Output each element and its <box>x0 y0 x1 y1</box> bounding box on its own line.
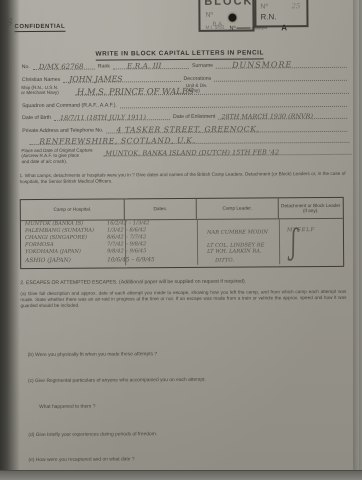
squadron-field <box>120 98 347 109</box>
camps-table-header: Camp or Hospital. Dates. Camp Leader. De… <box>21 198 343 221</box>
sorting-letter: A <box>281 23 287 32</box>
confidential-stamp: CONFIDENTIAL <box>14 24 65 32</box>
section1-question: 1. What camps, detachments or hospitals … <box>20 171 346 186</box>
address-value-line2: RENFREWSHIRE, SCOTLAND, U.K. <box>39 136 195 146</box>
form-row-number-rank-surname: No. D/MX 62768 Rank E.R.A. III Surname D… <box>21 59 349 70</box>
enlistment-value: 28TH MARCH 1930 (RNVR) <box>221 112 313 121</box>
camp-cell: FORMOSA <box>25 242 54 248</box>
section2-question-d: (d) Give briefly your experiences during… <box>28 432 157 438</box>
section2-question-b: (b) Were you physically fit when you mad… <box>28 352 157 358</box>
header-dates: Dates. <box>125 199 197 220</box>
address-field-line2: RENFREWSHIRE, SCOTLAND, U.K. <box>29 133 349 145</box>
paper-right-edge <box>353 0 362 480</box>
book-binding-edge <box>0 0 20 480</box>
mi-form-label: M.I. 9/50. <box>206 26 226 31</box>
page-title: WRITE IN BLOCK CAPITAL LETTERS IN PENCIL <box>95 49 263 60</box>
address-field-line1: 4 TASKER STREET, GREENOCK, <box>106 123 347 134</box>
form-content: S CONFIDENTIAL BLOCK Nº B.A. Nº 25 R.N. … <box>0 0 362 480</box>
squadron-label: Squadron and Command (R.A.F., A.A.F.). <box>21 102 118 109</box>
form-row-birth-enlistment: Date of Birth 18/7/11 (18TH JULY 1911) D… <box>21 110 349 121</box>
serial-no-label: Nº <box>230 25 236 31</box>
block-stamp-word: BLOCK <box>204 0 253 8</box>
section2-question-c: (c) Give Regimental particulars of anyon… <box>28 378 206 384</box>
christian-names-value: JOHN JAMES <box>69 74 122 83</box>
section2-heading: 2. ESCAPES OR ATTEMPTED ESCAPES. (Additi… <box>20 279 246 287</box>
enlistment-field: 28TH MARCH 1930 (RNVR) <box>218 110 347 120</box>
date-of-birth-value: 18/7/11 (18TH JULY 1911) <box>60 113 146 122</box>
hole-punch <box>228 14 236 22</box>
capture-value: MUNTOK, BANKA ISLAND (DUTCH) 15TH FEB '4… <box>105 148 279 157</box>
christian-names-field: JOHN JAMES <box>63 73 180 83</box>
block-no-label: Nº <box>205 12 213 19</box>
header-detachment-leader: Detachment or Block Leader (if any). <box>279 198 343 218</box>
date-of-birth-field: 18/7/11 (18TH JULY 1911) <box>54 111 170 121</box>
dates-cell: 8/6/42 – 7/7/42 <box>107 234 146 240</box>
section2-question-a: (a) Give full description and approx. da… <box>20 289 346 310</box>
brace-mark: ʃ <box>291 225 296 259</box>
camps-table: Camp or Hospital. Dates. Camp Leader. De… <box>20 197 344 269</box>
paper-bottom-edge <box>0 470 362 480</box>
rank-value: E.R.A. III <box>127 61 162 70</box>
camp-cell: ASHIO (JAPAN) <box>25 258 71 264</box>
strike-line <box>237 28 251 29</box>
address-label: Private Address and Telephone No. <box>21 128 104 135</box>
surname-label: Surname <box>191 63 214 69</box>
no-value: D/MX 62768 <box>39 63 84 71</box>
dates-cell: 10/6/45 – 6/9/45 <box>107 257 155 263</box>
ship-label: Ship (R.N., U.S.N. or Merchant Navy) <box>21 85 75 96</box>
camp-cell: YOKOHAMA (JAPAN) <box>25 249 81 255</box>
decorations-label: Decorations <box>183 76 213 82</box>
ship-label-line2: or Merchant Navy) <box>21 90 75 96</box>
capture-label: Place and Date of Original Capture (Airc… <box>21 148 105 165</box>
decorations-field <box>214 72 347 82</box>
camp-cell: CHANGI (SINGAPORE) <box>25 235 87 241</box>
dates-cell: 9/8/42 – 9/6/45 <box>107 248 146 254</box>
rank-field: E.R.A. III <box>113 60 189 70</box>
date-of-birth-label: Date of Birth <box>21 115 52 121</box>
camp-cell: MUNTOK (BANKA IS) <box>25 221 83 227</box>
surname-value: DUNSMORE <box>232 60 292 69</box>
section2-question-e: (e) How were you recaptured and on what … <box>29 457 135 463</box>
camps-table-body: MUNTOK (BANKA IS) 16/2/42 – 1/3/42 PALEM… <box>21 219 343 266</box>
capture-label-line3: and date of a/c crash). <box>21 158 105 164</box>
header-camp: Camp or Hospital. <box>21 199 125 220</box>
camp-cell: PALEMBANG (SUMATRA) <box>25 228 94 234</box>
ship-field: H.M.S. PRINCE OF WALES <box>75 84 349 96</box>
rank-label: Rank <box>97 63 111 69</box>
dates-cell: 16/2/42 – 1/3/42 <box>107 220 150 226</box>
no-field: D/MX 62768 <box>33 61 95 70</box>
capture-field: MUNTOK, BANKA ISLAND (DUTCH) 15TH FEB '4… <box>103 145 351 157</box>
leader-cell: LT W.H. LARKIN RA. <box>207 248 262 254</box>
dates-cell: 7/7/42 – 9/8/42 <box>107 241 146 247</box>
surname-field: DUNSMORE <box>216 59 347 69</box>
enlistment-label: Date of Enlistment <box>172 114 216 120</box>
christian-names-label: Christian Names <box>21 77 61 83</box>
dates-cell: 1/3/42 – 8/6/42 <box>107 227 146 233</box>
section2-question-c2: What happened to them ? <box>39 405 95 410</box>
form-row-names-decorations: Christian Names JOHN JAMES Decorations <box>21 72 349 83</box>
serial-number: 45914 <box>252 25 268 31</box>
header-camp-leader: Camp Leader. <box>197 198 279 219</box>
ship-value: H.M.S. PRINCE OF WALES <box>77 86 194 97</box>
no-label: No. <box>21 64 31 70</box>
pencil-number: 25 <box>291 2 300 10</box>
rn-label: R.N. <box>260 12 276 21</box>
serial-number-line: M.I. 9/50. Nº 45914 A <box>205 23 286 33</box>
form-row-squadron: Squadron and Command (R.A.F., A.A.F.). <box>21 98 349 109</box>
leader-cell: DITTO. <box>215 258 234 264</box>
rn-no-label: Nº <box>260 3 268 10</box>
scanned-document: S CONFIDENTIAL BLOCK Nº B.A. Nº 25 R.N. … <box>0 0 362 480</box>
